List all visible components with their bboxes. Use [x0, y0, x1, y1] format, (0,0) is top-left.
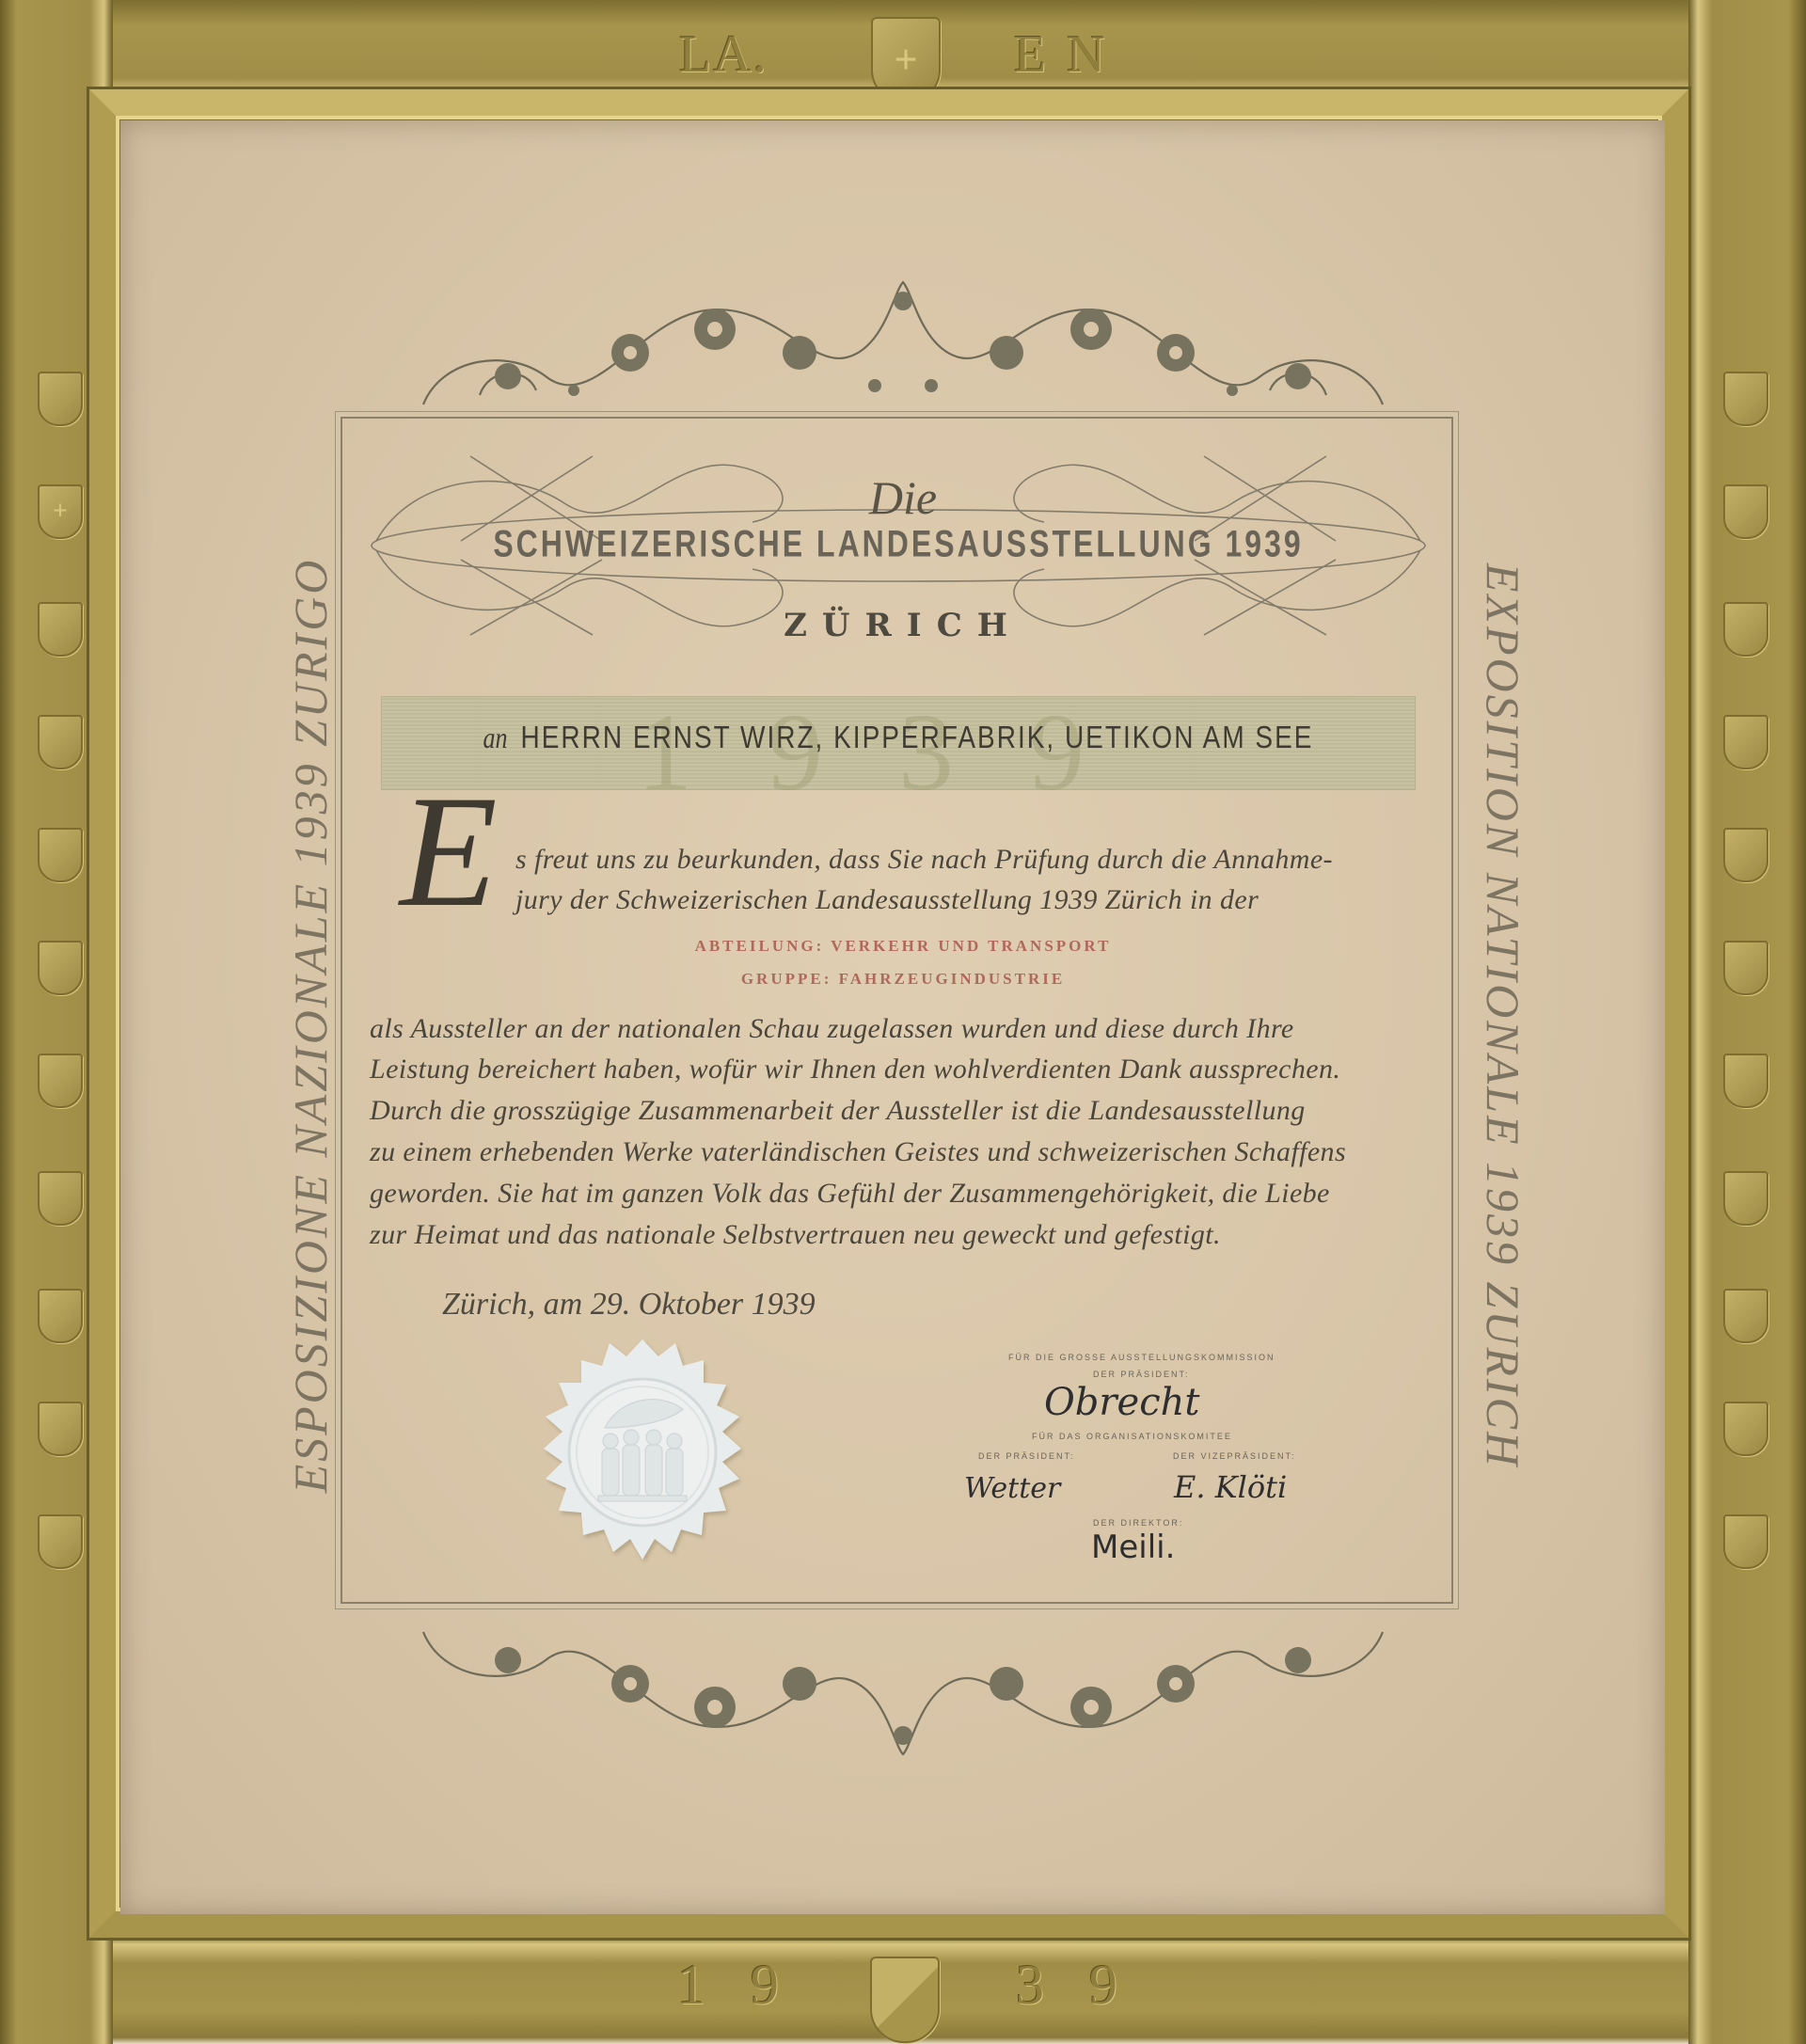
canton-shield-icon — [1723, 1289, 1768, 1343]
canton-shield-icon — [38, 1289, 83, 1343]
side-inscription-french: EXPOSITION NATIONALE 1939 ZURICH — [1476, 563, 1530, 1468]
vice-president-role: DER VIZEPRÄSIDENT: — [1173, 1451, 1296, 1461]
group-line: GRUPPE: FAHRZEUGINDUSTRIE — [0, 970, 1806, 989]
committee-label: FÜR DAS ORGANISATIONSKOMITEE — [1032, 1432, 1232, 1441]
recipient-name: HERRN ERNST WIRZ, KIPPERFABRIK, UETIKON … — [521, 720, 1314, 754]
vice-president-signature: E. Klöti — [1174, 1469, 1287, 1505]
canton-shield-icon — [38, 1514, 83, 1569]
canton-shield-icon — [38, 715, 83, 769]
canton-shield-icon — [38, 1054, 83, 1108]
body-line-3: als Aussteller an der nationalen Schau z… — [370, 1013, 1294, 1045]
frame-top-inscription-right: EN — [1014, 24, 1126, 85]
canton-shield-icon — [38, 828, 83, 882]
commission-role: DER PRÄSIDENT: — [1093, 1370, 1190, 1379]
canton-shield-icon — [1723, 372, 1768, 426]
embossed-seal-icon — [515, 1334, 769, 1588]
city-name: ZÜRICH — [0, 607, 1806, 644]
zurich-shield-icon — [870, 1957, 940, 2043]
side-inscription-italian: ESPOSIZIONE NAZIONALE 1939 ZURIGO — [283, 558, 338, 1494]
president-signature: Wetter — [964, 1472, 1060, 1505]
canton-shield-icon — [1723, 1171, 1768, 1226]
canton-shield-icon — [1723, 715, 1768, 769]
canton-shield-icon — [38, 372, 83, 426]
body-line-7: geworden. Sie hat im ganzen Volk das Gef… — [370, 1178, 1330, 1210]
canton-shield-icon — [1723, 1402, 1768, 1456]
president-role: DER PRÄSIDENT: — [978, 1451, 1075, 1461]
body-line-4: Leistung bereichert haben, wofür wir Ihn… — [370, 1054, 1340, 1085]
commission-signature: Obrecht — [1044, 1381, 1199, 1424]
drop-cap: E — [400, 771, 498, 931]
canton-shield-icon — [1723, 1054, 1768, 1108]
frame-bottom-inscription-left: 19 — [677, 1953, 824, 2018]
director-signature: Meili. — [1091, 1529, 1175, 1566]
canton-shield-icon — [1723, 828, 1768, 882]
frame-top-inscription-left: LA. — [679, 24, 768, 85]
floral-ornament-bottom-icon — [404, 1623, 1402, 1773]
department-line: ABTEILUNG: VERKEHR UND TRANSPORT — [0, 937, 1806, 956]
recipient-prefix: an — [483, 721, 508, 754]
frame-right-rail — [1688, 0, 1806, 2044]
issue-date: Zürich, am 29. Oktober 1939 — [442, 1287, 816, 1323]
recipient-band: 1939 anHERRN ERNST WIRZ, KIPPERFABRIK, U… — [381, 696, 1416, 790]
director-role: DER DIREKTOR: — [1093, 1518, 1183, 1528]
body-line-5: Durch die grosszügige Zusammenarbeit der… — [370, 1095, 1306, 1127]
body-line-8: zur Heimat und das nationale Selbstvertr… — [370, 1219, 1221, 1251]
exhibition-title: SCHWEIZERISCHE LANDESAUSSTELLUNG 1939 — [357, 522, 1439, 565]
body-line-6: zu einem erhebenden Werke vaterländische… — [370, 1136, 1346, 1168]
canton-shield-icon — [38, 1171, 83, 1226]
body-line-1: s freut uns zu beurkunden, dass Sie nach… — [515, 844, 1333, 876]
commission-label: FÜR DIE GROSSE AUSSTELLUNGSKOMMISSION — [1008, 1353, 1275, 1362]
preamble: Die — [0, 470, 1806, 525]
recipient-line: anHERRN ERNST WIRZ, KIPPERFABRIK, UETIKO… — [381, 720, 1416, 755]
body-line-2: jury der Schweizerischen Landesausstellu… — [515, 884, 1259, 916]
frame-bottom-inscription-right: 39 — [1016, 1953, 1163, 2018]
floral-ornament-top-icon — [404, 263, 1402, 414]
canton-shield-icon — [1723, 1514, 1768, 1569]
canton-shield-icon — [38, 1402, 83, 1456]
